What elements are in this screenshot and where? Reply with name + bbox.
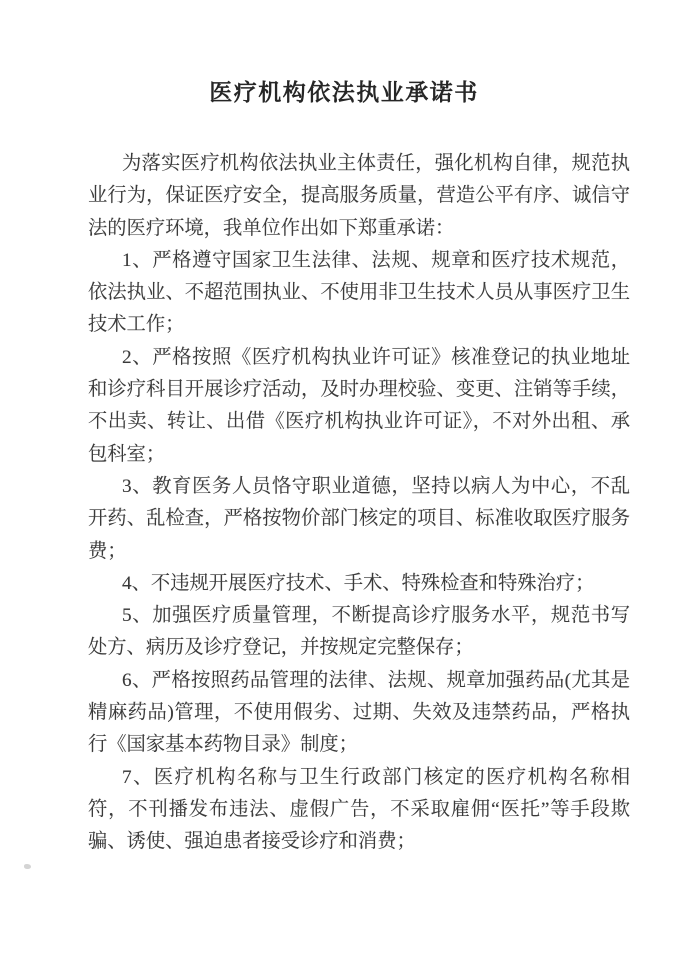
document-title: 医疗机构依法执业承诺书	[0, 0, 688, 108]
intro-paragraph: 为落实医疗机构依法执业主体责任，强化机构自律，规范执业行为，保证医疗安全，提高服…	[88, 148, 630, 245]
document-page: 医疗机构依法执业承诺书 为落实医疗机构依法执业主体责任，强化机构自律，规范执业行…	[0, 0, 688, 953]
commitment-item-5: 5、加强医疗质量管理，不断提高诊疗服务水平，规范书写处方、病历及诊疗登记，并按规…	[88, 600, 630, 665]
scan-speck-artifact	[608, 186, 611, 189]
commitment-item-3: 3、教育医务人员恪守职业道德，坚持以病人为中心，不乱开药、乱检查，严格按物价部门…	[88, 471, 630, 568]
commitment-item-2: 2、严格按照《医疗机构执业许可证》核准登记的执业地址和诊疗科目开展诊疗活动，及时…	[88, 342, 630, 471]
scan-smudge-artifact	[24, 864, 31, 869]
commitment-item-4: 4、不违规开展医疗技术、手术、特殊检查和特殊治疗；	[88, 568, 630, 600]
commitment-item-7: 7、医疗机构名称与卫生行政部门核定的医疗机构名称相符，不刊播发布违法、虚假广告，…	[88, 762, 630, 859]
commitment-item-1: 1、严格遵守国家卫生法律、法规、规章和医疗技术规范，依法执业、不超范围执业、不使…	[88, 245, 630, 342]
commitment-item-6: 6、严格按照药品管理的法律、法规、规章加强药品(尤其是精麻药品)管理，不使用假劣…	[88, 665, 630, 762]
document-body: 为落实医疗机构依法执业主体责任，强化机构自律，规范执业行为，保证医疗安全，提高服…	[88, 148, 630, 859]
